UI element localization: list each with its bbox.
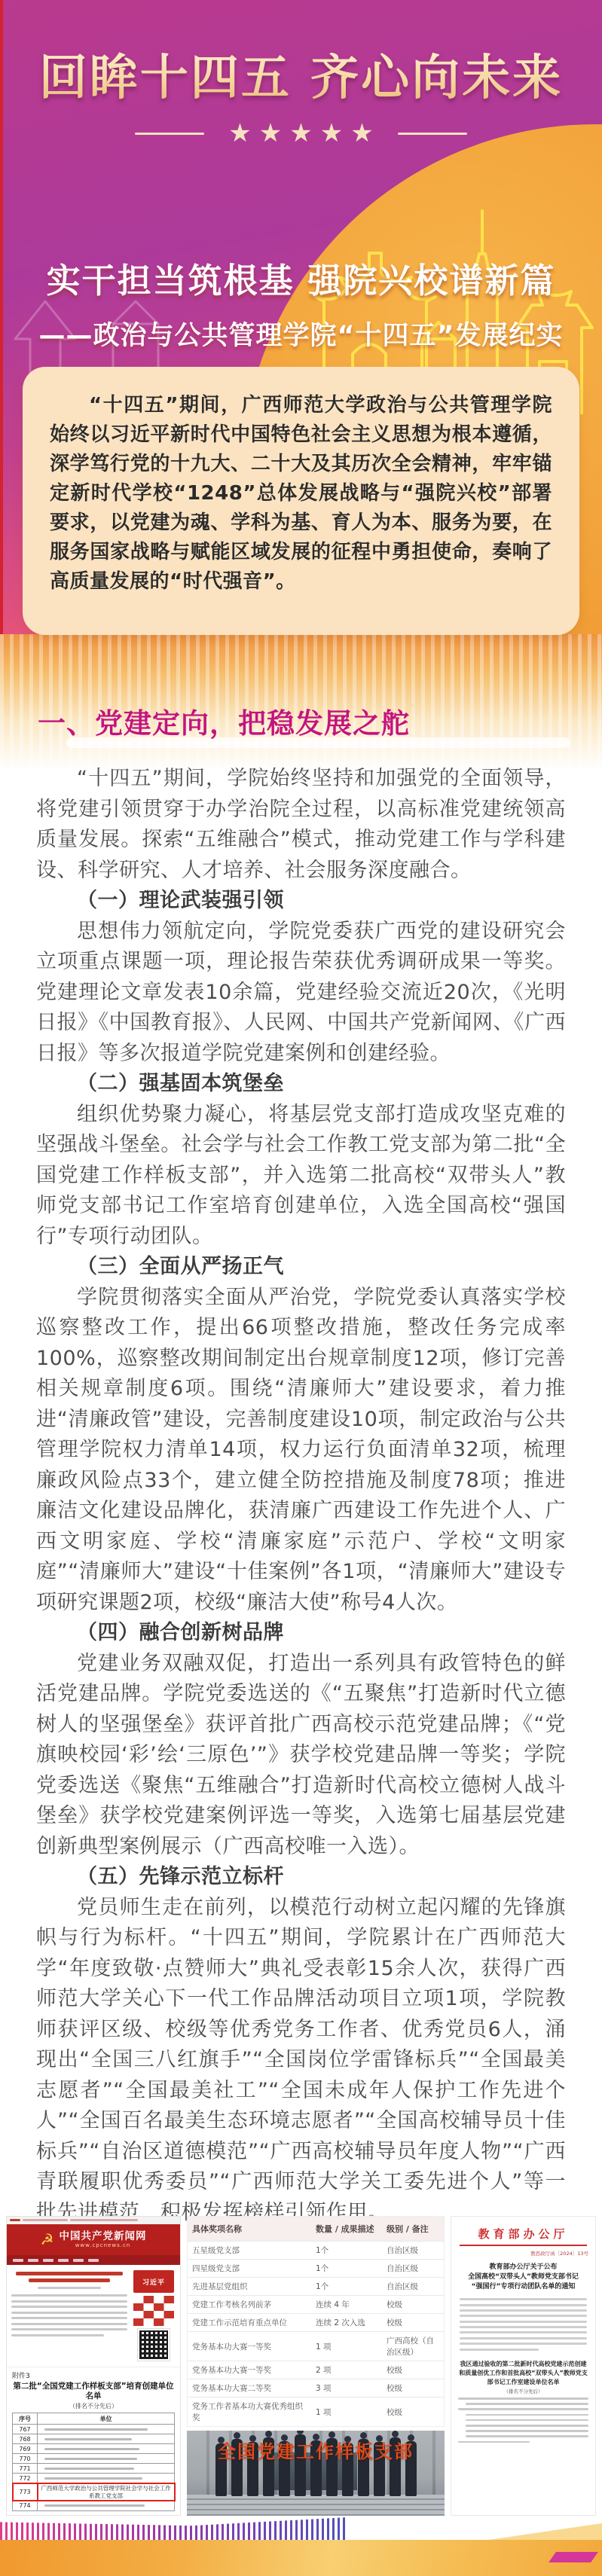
star-divider: ★★★★★: [0, 121, 602, 146]
placeholder-bar: [11, 2323, 127, 2325]
placeholder-bar: [23, 2219, 68, 2221]
placeholder-bar: [11, 2294, 127, 2297]
barcode-stripes-decor: [0, 2517, 348, 2541]
attachment-label: 附件3: [12, 2370, 175, 2380]
moe-title-line: 全国高校“双带头人”教师党支部书记: [458, 2272, 588, 2282]
placeholder-bar: [11, 2317, 127, 2319]
roster-note: （排名不分先后）: [12, 2402, 175, 2410]
placeholder-bar: [11, 2328, 127, 2330]
award-name: 党务基本功大赛一等奖: [188, 2361, 311, 2379]
row-unit: [38, 2425, 175, 2434]
nav-item-bar: [28, 2259, 38, 2262]
row-no: 772: [13, 2474, 38, 2483]
award-name: 五星级党支部: [188, 2242, 311, 2259]
awards-row: 先进基层党组织 1个 自治区级: [188, 2278, 444, 2296]
group-photo: 全国党建工作样板支部: [187, 2431, 445, 2516]
browser-chrome: [7, 2217, 180, 2224]
placeholder-bar: [44, 2458, 137, 2460]
award-name: 党建工作考核名列前茅: [188, 2296, 311, 2313]
awards-row: 党务基本功大赛一等奖 1 项 广西高校（自治区级）: [188, 2332, 444, 2361]
placeholder-bar: [460, 2315, 587, 2317]
document-body-placeholder: [460, 2298, 587, 2354]
cpc-article-area: 习近平: [7, 2265, 180, 2367]
divider-line: [398, 133, 467, 135]
awards-row: 党务工作者基本功大赛优秀组织奖 1 项 校级: [188, 2397, 444, 2426]
placeholder-bar: [460, 2331, 587, 2333]
divider-line: [135, 133, 204, 135]
banner-title: 回眸十四五 齐心向未来: [0, 39, 602, 108]
table-row: 768: [13, 2434, 175, 2444]
placeholder-bar: [458, 2408, 588, 2410]
awards-row: 党建工作考核名列前茅 连续 4 年 校级: [188, 2296, 444, 2314]
award-count: 3 项: [311, 2379, 382, 2397]
placeholder-bar: [11, 2306, 127, 2308]
sub-headline: ——政治与公共管理学院“十四五”发展纪实: [0, 315, 602, 353]
paragraph: 学院贯彻落实全面从严治党，学院党委认真落实学校巡察整改工作，提出66项整改措施，…: [36, 1283, 566, 1619]
row-no: 770: [13, 2454, 38, 2464]
award-level: 广西高校（自治区级）: [382, 2332, 444, 2361]
row-unit: [38, 2501, 175, 2510]
mini-logo-icon: [10, 2219, 20, 2221]
cpc-masthead: ☭ 中国共产党新闻网 www.cpcnews.cn: [7, 2224, 180, 2256]
placeholder-bar: [460, 2304, 587, 2306]
award-count: 连续 2 次入选: [311, 2314, 382, 2331]
award-name: 党务基本功大赛二等奖: [188, 2379, 311, 2397]
footer-gradient-band: [0, 2540, 602, 2576]
placeholder-bar: [466, 2435, 588, 2437]
cpc-site-url: www.cpcnews.cn: [59, 2242, 146, 2248]
awards-table: 具体奖项名称 数量 / 成果描述 级别 / 备注 五星级党支部 1个 自治区级 …: [187, 2216, 445, 2427]
xi-panel: 习近平: [133, 2270, 174, 2293]
placeholder-bar: [11, 2334, 104, 2336]
placeholder-bar: [460, 2343, 587, 2345]
yellow-shard-decor: [489, 2523, 602, 2540]
award-count: 1 项: [311, 2332, 382, 2361]
placeholder-bar: [44, 2477, 142, 2480]
roster-table: 序号 单位 767 768 769 770 771 772 773 广西师范大学…: [12, 2413, 175, 2511]
table-row: 774: [13, 2501, 175, 2510]
main-headline: 实干担当筑根基 强院兴校谱新篇: [0, 253, 602, 302]
column-header: 数量 / 成果描述: [311, 2217, 382, 2241]
placeholder-bar: [458, 2441, 530, 2443]
paragraph: 组织优势聚力凝心，将基层党支部打造成攻坚克难的坚强战斗堡垒。社会学与社会工作教工…: [36, 1100, 566, 1253]
nav-item-bar: [13, 2259, 23, 2262]
award-name: 党务工作者基本功大赛优秀组织奖: [188, 2397, 311, 2426]
nav-item-bar: [58, 2259, 69, 2262]
intro-card: “十四五”期间，广西师范大学政治与公共管理学院始终以习近平新时代中国特色社会主义…: [23, 367, 579, 635]
moe-doc-number: 教思政厅函〔2024〕13号: [458, 2250, 588, 2257]
award-level: 自治区级: [382, 2260, 444, 2277]
placeholder-bar: [44, 2428, 148, 2431]
qr-code-icon: [138, 2329, 170, 2361]
awards-header-row: 具体奖项名称 数量 / 成果描述 级别 / 备注: [188, 2217, 444, 2242]
placeholder-bar: [466, 2403, 588, 2405]
award-level: 自治区级: [382, 2242, 444, 2259]
sub-section-heading: （一）理论武装强引领: [36, 886, 566, 917]
section-heading: 一、党建定向，把稳发展之舵: [38, 700, 410, 741]
paragraph: “十四五”期间，学院始终坚持和加强党的全面领导，将党建引领贯穿于办学治院全过程，…: [36, 764, 566, 886]
red-tiles-decor: [133, 2296, 174, 2326]
sub-section-heading: （五）先锋示范立标杆: [36, 1862, 566, 1893]
letterhead-rule: [460, 2245, 587, 2246]
moe-letterhead: 教育部办公厅: [458, 2226, 588, 2242]
placeholder-bar: [460, 2321, 587, 2323]
award-name: 党务基本功大赛一等奖: [188, 2332, 311, 2361]
magenta-shard-decor: [549, 2552, 598, 2562]
placeholder-bar: [38, 2287, 102, 2289]
placeholder-bar: [70, 2219, 138, 2221]
award-name: 先进基层党组织: [188, 2278, 311, 2295]
row-no: 774: [13, 2501, 38, 2510]
nav-item-bar: [73, 2259, 84, 2262]
award-count: 1 项: [311, 2397, 382, 2426]
awards-row: 四星级党支部 1个 自治区级: [188, 2260, 444, 2278]
row-unit: [38, 2454, 175, 2464]
paragraph: 党员师生走在前列，以模范行动树立起闪耀的先锋旗帜与行为标杆。“十四五”期间，学院…: [36, 1893, 566, 2229]
column-header: 序号: [13, 2413, 38, 2425]
article-body: “十四五”期间，学院始终坚持和加强党的全面领导，将党建引领贯穿于办学治院全过程，…: [36, 764, 566, 2228]
award-count: 1个: [311, 2278, 382, 2295]
placeholder-bar: [460, 2349, 539, 2351]
award-level: 校级: [382, 2397, 444, 2426]
awards-row: 党建工作示范培育重点单位 连续 2 次入选 校级: [188, 2314, 444, 2332]
cpc-article-column: [11, 2270, 127, 2361]
row-no: 767: [13, 2425, 38, 2434]
cpc-site-name: 中国共产党新闻网: [59, 2230, 146, 2242]
award-count: 1个: [311, 2260, 382, 2277]
row-unit: [38, 2474, 175, 2483]
awards-and-photo: 具体奖项名称 数量 / 成果描述 级别 / 备注 五星级党支部 1个 自治区级 …: [187, 2216, 445, 2516]
sub-section-heading: （二）强基固本筑堡垒: [36, 1069, 566, 1100]
row-unit: [38, 2464, 175, 2474]
row-unit: 广西师范大学政治与公共管理学院社会学与社会工作系教工党支部: [38, 2483, 175, 2501]
award-count: 连续 4 年: [311, 2296, 382, 2313]
row-unit: [38, 2444, 175, 2454]
award-name: 党建工作示范培育重点单位: [188, 2314, 311, 2331]
table-row: 769: [13, 2444, 175, 2454]
award-level: 自治区级: [382, 2278, 444, 2295]
placeholder-bar: [44, 2448, 139, 2450]
awards-row: 五星级党支部 1个 自治区级: [188, 2242, 444, 2260]
highlighted-unit: 广西师范大学政治与公共管理学院社会学与社会工作系教工党支部: [40, 2485, 172, 2500]
row-unit: [38, 2434, 175, 2444]
article-page: 回眸十四五 齐心向未来 ★★★★★ 实干担当筑根基 强院兴校谱新篇 ——政治与公…: [0, 0, 602, 2576]
moe-title-line: 教育部办公厅关于公布: [458, 2263, 588, 2272]
roster-title: 第二批“全国党建工作样板支部”培育创建单位名单: [12, 2382, 175, 2401]
cpc-news-screenshot: ☭ 中国共产党新闻网 www.cpcnews.cn: [6, 2216, 181, 2516]
awards-row: 党务基本功大赛一等奖 2 项 校级: [188, 2361, 444, 2379]
award-level: 校级: [382, 2361, 444, 2379]
table-row: 771: [13, 2464, 175, 2474]
placeholder-bar: [44, 2438, 132, 2440]
placeholder-bar: [466, 2414, 588, 2416]
award-count: 2 项: [311, 2361, 382, 2379]
placeholder-bar: [460, 2309, 587, 2312]
moe-document: 教育部办公厅 教思政厅函〔2024〕13号 教育部办公厅关于公布 全国高校“双带…: [451, 2216, 596, 2516]
cpc-sidebar: 习近平: [132, 2270, 176, 2361]
table-row: 767: [13, 2425, 175, 2434]
row-no: 768: [13, 2434, 38, 2444]
placeholder-bar: [460, 2298, 587, 2300]
column-header: 级别 / 备注: [382, 2217, 444, 2241]
awards-row: 党务基本功大赛二等奖 3 项 校级: [188, 2379, 444, 2397]
placeholder-bar: [466, 2425, 588, 2427]
row-no: 769: [13, 2444, 38, 2454]
paragraph: 党建业务双融双促，打造出一系列具有政管特色的鲜活党建品牌。学院党委选送的《“五聚…: [36, 1649, 566, 1863]
placeholder-bar: [44, 2468, 134, 2470]
appendix-note: （排名不分先后）: [458, 2388, 588, 2394]
placeholder-bar: [11, 2312, 127, 2314]
table-row: 770: [13, 2454, 175, 2464]
award-level: 校级: [382, 2296, 444, 2313]
column-header: 具体奖项名称: [188, 2217, 311, 2241]
placeholder-bar: [44, 2504, 145, 2507]
appendix-list-placeholder: [458, 2397, 588, 2446]
cpc-nav-bar: [7, 2255, 180, 2265]
award-level: 校级: [382, 2314, 444, 2331]
row-no: 771: [13, 2464, 38, 2474]
placeholder-bar: [466, 2430, 588, 2432]
placeholder-bar: [466, 2419, 588, 2422]
moe-title-line: “强国行”专项行动团队名单的通知: [458, 2282, 588, 2292]
paragraph: 思想伟力领航定向，学院党委获广西党的建设研究会立项重点课题一项，理论报告荣获优秀…: [36, 917, 566, 1070]
placeholder-bar: [460, 2326, 587, 2328]
award-level: 校级: [382, 2379, 444, 2397]
appendix-title: 我区通过验收的第二批新时代高校党建示范创建和质量创优工作和首批高校“双带头人”教…: [458, 2360, 588, 2387]
sub-section-heading: （三）全面从严扬正气: [36, 1252, 566, 1283]
headline-bar: [29, 2278, 110, 2282]
placeholder-bar: [11, 2300, 127, 2303]
nav-item-bar: [88, 2259, 99, 2262]
placeholder-bar: [460, 2337, 587, 2339]
sample-branch-roster: 附件3 第二批“全国党建工作样板支部”培育创建单位名单 （排名不分先后） 序号 …: [7, 2367, 180, 2515]
award-name: 四星级党支部: [188, 2260, 311, 2277]
photo-caption: 全国党建工作样板支部: [187, 2437, 445, 2463]
intro-text: “十四五”期间，广西师范大学政治与公共管理学院始终以习近平新时代中国特色社会主义…: [50, 391, 552, 597]
table-row: 772: [13, 2474, 175, 2483]
row-no: 773: [13, 2483, 38, 2501]
nav-item-bar: [43, 2259, 53, 2262]
headline-bar: [16, 2272, 123, 2275]
hammer-sickle-icon: ☭: [41, 2232, 54, 2247]
five-stars-icon: ★★★★★: [221, 121, 380, 146]
placeholder-bar: [458, 2397, 588, 2400]
award-count: 1个: [311, 2242, 382, 2259]
table-row-highlighted: 773 广西师范大学政治与公共管理学院社会学与社会工作系教工党支部: [13, 2483, 175, 2501]
sub-section-heading: （四）融合创新树品牌: [36, 1618, 566, 1649]
column-header: 单位: [38, 2413, 175, 2425]
evidence-gallery: ☭ 中国共产党新闻网 www.cpcnews.cn: [6, 2216, 596, 2516]
